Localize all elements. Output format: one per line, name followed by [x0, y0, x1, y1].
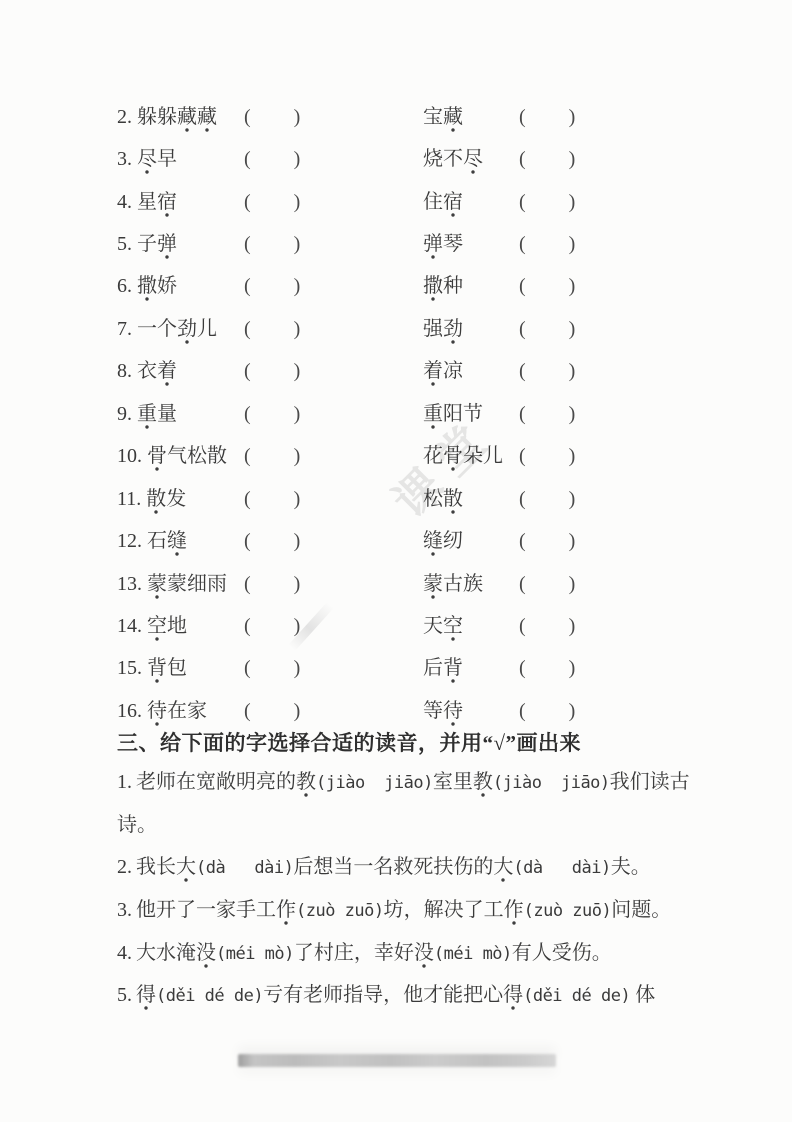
item-number: 5.: [117, 984, 132, 1006]
emphasized-char: 教: [473, 771, 493, 797]
emphasized-char: 空: [443, 615, 463, 641]
sentence-text: 亏有老师指导，他才能把心: [263, 984, 503, 1006]
item-number: 9.: [117, 403, 132, 425]
item-number: 3.: [117, 899, 132, 921]
word-text: 躲躲: [137, 106, 177, 128]
emphasized-char: 待: [147, 700, 167, 726]
word-pair-row: 7.一个劲儿 ( ) 强劲 ( ): [117, 305, 579, 347]
emphasized-char: 大: [176, 856, 196, 882]
pinyin-options: (zuò zuō): [296, 901, 384, 921]
sentence-text: 大水淹: [136, 942, 196, 964]
emphasized-char: 着: [157, 360, 177, 386]
left-word: 7.一个劲儿: [117, 312, 244, 341]
pinyin-options: (zuò zuō): [524, 901, 612, 921]
answer-blank: ( ): [244, 354, 304, 383]
sentence-line: 4.大水淹没(méi mò)了村庄，幸好没(méi mò)有人受伤。: [117, 939, 777, 982]
answer-blank: ( ): [519, 185, 579, 214]
right-word: 强劲: [423, 312, 519, 341]
sentence-text: 诗。: [117, 814, 157, 836]
pronunciation-sentences: 1.老师在宽敞明亮的教(jiào jiāo)室里教(jiào jiāo)我们读古…: [117, 768, 777, 1024]
item-number: 15.: [117, 657, 142, 679]
answer-blank: ( ): [519, 439, 579, 468]
emphasized-char: 散: [146, 488, 166, 514]
answer-blank: ( ): [519, 694, 579, 723]
sentence-text: 坊，解决了工: [384, 899, 504, 921]
right-word: 撒种: [423, 269, 519, 298]
item-number: 1.: [117, 771, 132, 793]
left-word: 16.待在家: [117, 694, 244, 723]
right-word: 烧不尽: [423, 142, 519, 171]
left-word: 4.星宿: [117, 185, 244, 214]
word-pair-row: 8.衣着 ( ) 着凉 ( ): [117, 348, 579, 390]
word-pair-row: 5.子弹 ( ) 弹琴 ( ): [117, 220, 579, 262]
emphasized-char: 得: [136, 984, 156, 1010]
left-word: 6.撒娇: [117, 269, 244, 298]
item-number: 13.: [117, 573, 142, 595]
answer-blank: ( ): [519, 524, 579, 553]
sentence-line: 5.得(děi dé de)亏有老师指导，他才能把心得(děi dé de) 体: [117, 981, 777, 1024]
right-word: 宝藏: [423, 100, 519, 129]
item-number: 11.: [117, 488, 141, 510]
word-pair-row: 6.撒娇 ( ) 撒种 ( ): [117, 263, 579, 305]
word-text: 琴: [443, 233, 463, 255]
item-number: 4.: [117, 191, 132, 213]
word-text: 衣: [137, 360, 157, 382]
emphasized-char: 着: [423, 360, 443, 386]
word-text: 纫: [443, 530, 463, 552]
word-text: 阳节: [443, 403, 483, 425]
answer-blank: ( ): [244, 439, 304, 468]
word-text: 天: [423, 615, 443, 637]
item-number: 7.: [117, 318, 132, 340]
answer-blank: ( ): [519, 567, 579, 596]
answer-blank: ( ): [244, 397, 304, 426]
emphasized-char: 蒙: [423, 573, 443, 599]
left-word: 9.重量: [117, 397, 244, 426]
answer-blank: ( ): [244, 185, 304, 214]
left-word: 8.衣着: [117, 354, 244, 383]
word-text: 住: [423, 191, 443, 213]
sentence-text: 老师在宽敞明亮的: [136, 771, 296, 793]
pinyin-options: (jiào jiāo): [316, 773, 433, 793]
word-text: 宝: [423, 106, 443, 128]
redacted-logo-bar: [238, 1054, 556, 1067]
right-word: 等待: [423, 694, 519, 723]
emphasized-char: 宿: [443, 191, 463, 217]
word-pair-row: 13.蒙蒙细雨 ( ) 蒙古族 ( ): [117, 560, 579, 602]
emphasized-char: 蒙: [147, 573, 167, 599]
word-text: 包: [167, 657, 187, 679]
sentence-text: 室里: [433, 771, 473, 793]
word-pair-row: 16.待在家 ( ) 等待 ( ): [117, 687, 579, 729]
emphasized-char: 撒: [137, 275, 157, 301]
right-word: 蒙古族: [423, 567, 519, 596]
answer-blank: ( ): [519, 142, 579, 171]
pinyin-options: (méi mò): [216, 944, 294, 964]
answer-blank: ( ): [244, 482, 304, 511]
item-number: 10.: [117, 445, 142, 467]
right-word: 重阳节: [423, 397, 519, 426]
answer-blank: ( ): [519, 651, 579, 680]
sentence-line: 1.老师在宽敞明亮的教(jiào jiāo)室里教(jiào jiāo)我们读古: [117, 768, 777, 811]
left-word: 15.背包: [117, 651, 244, 680]
word-text: 花: [423, 445, 443, 467]
sentence-line: 2.我长大(dà dài)后想当一名救死扶伤的大(dà dài)夫。: [117, 853, 777, 896]
sentence-line: 3.他开了一家手工作(zuò zuō)坊，解决了工作(zuò zuō)问题。: [117, 896, 777, 939]
word-pair-row: 3.尽早 ( ) 烧不尽 ( ): [117, 135, 579, 177]
word-pair-row: 12.石缝 ( ) 缝纫 ( ): [117, 517, 579, 559]
word-text: 在家: [167, 700, 207, 722]
emphasized-char: 藏: [443, 106, 463, 132]
word-text: 子: [137, 233, 157, 255]
word-text: 松: [423, 488, 443, 510]
right-word: 着凉: [423, 354, 519, 383]
item-number: 4.: [117, 942, 132, 964]
emphasized-char: 背: [443, 657, 463, 683]
right-word: 弹琴: [423, 227, 519, 256]
word-text: 等: [423, 700, 443, 722]
right-word: 花骨朵儿: [423, 439, 519, 468]
answer-blank: ( ): [519, 354, 579, 383]
left-word: 10.骨气松散: [117, 439, 244, 468]
word-pairs-section: 2.躲躲藏藏 ( ) 宝藏 ( ) 3.尽早 ( ) 烧不尽 ( ) 4.星宿 …: [117, 93, 579, 730]
left-word: 14.空地: [117, 609, 244, 638]
sentence-text: 有人受伤。: [512, 942, 612, 964]
emphasized-char: 撒: [423, 275, 443, 301]
answer-blank: ( ): [244, 651, 304, 680]
word-pair-row: 4.星宿 ( ) 住宿 ( ): [117, 178, 579, 220]
emphasized-char: 弹: [157, 233, 177, 259]
right-word: 天空: [423, 609, 519, 638]
sentence-text: 体: [630, 984, 655, 1006]
word-text: 烧不: [423, 148, 463, 170]
word-text: 朵儿: [463, 445, 503, 467]
left-word: 5.子弹: [117, 227, 244, 256]
emphasized-char: 散: [443, 488, 463, 514]
emphasized-char: 缝: [423, 530, 443, 556]
word-text: 凉: [443, 360, 463, 382]
word-text: 气松散: [167, 445, 227, 467]
emphasized-char: 背: [147, 657, 167, 683]
sentence-line: 诗。: [117, 811, 777, 854]
answer-blank: ( ): [519, 312, 579, 341]
left-word: 13.蒙蒙细雨: [117, 567, 244, 596]
word-text: 地: [167, 615, 187, 637]
worksheet-page: 课堂 2.躲躲藏藏 ( ) 宝藏 ( ) 3.尽早 ( ) 烧不尽 ( ) 4.…: [0, 0, 792, 1122]
word-text: 儿: [197, 318, 217, 340]
sentence-text: 我长: [136, 856, 176, 878]
word-text: 石: [147, 530, 167, 552]
word-text: 量: [157, 403, 177, 425]
word-text: 古族: [443, 573, 483, 595]
right-word: 松散: [423, 482, 519, 511]
emphasized-char: 劲: [177, 318, 197, 344]
right-word: 缝纫: [423, 524, 519, 553]
item-number: 2.: [117, 856, 132, 878]
right-word: 后背: [423, 651, 519, 680]
word-text: 蒙细雨: [167, 573, 227, 595]
word-text: 强: [423, 318, 443, 340]
item-number: 2.: [117, 106, 132, 128]
pinyin-options: (jiào jiāo): [493, 773, 610, 793]
word-text: 一个: [137, 318, 177, 340]
pinyin-options: (dà dài): [513, 858, 610, 878]
item-number: 6.: [117, 275, 132, 297]
emphasized-char: 没: [196, 942, 216, 968]
answer-blank: ( ): [244, 312, 304, 341]
left-word: 2.躲躲藏藏: [117, 100, 244, 129]
answer-blank: ( ): [519, 397, 579, 426]
word-pair-row: 11.散发 ( ) 松散 ( ): [117, 475, 579, 517]
item-number: 3.: [117, 148, 132, 170]
pinyin-options: (méi mò): [434, 944, 512, 964]
emphasized-char: 待: [443, 700, 463, 726]
emphasized-char: 骨: [443, 445, 463, 471]
emphasized-char: 作: [504, 899, 524, 925]
emphasized-char: 作: [276, 899, 296, 925]
item-number: 8.: [117, 360, 132, 382]
pinyin-options: (děi dé de): [156, 986, 263, 1006]
emphasized-char: 藏藏: [177, 106, 217, 132]
emphasized-char: 劲: [443, 318, 463, 344]
word-text: 后: [423, 657, 443, 679]
emphasized-char: 尽: [137, 148, 157, 174]
answer-blank: ( ): [519, 227, 579, 256]
pinyin-options: (děi dé de): [523, 986, 630, 1006]
word-pair-row: 10.骨气松散 ( ) 花骨朵儿 ( ): [117, 433, 579, 475]
sentence-text: 后想当一名救死扶伤的: [293, 856, 493, 878]
item-number: 14.: [117, 615, 142, 637]
emphasized-char: 弹: [423, 233, 443, 259]
left-word: 3.尽早: [117, 142, 244, 171]
emphasized-char: 骨: [147, 445, 167, 471]
answer-blank: ( ): [244, 524, 304, 553]
answer-blank: ( ): [519, 100, 579, 129]
emphasized-char: 尽: [463, 148, 483, 174]
emphasized-char: 教: [296, 771, 316, 797]
answer-blank: ( ): [519, 482, 579, 511]
word-text: 娇: [157, 275, 177, 297]
emphasized-char: 重: [137, 403, 157, 429]
section-three-heading: 三、给下面的字选择合适的读音，并用“√”画出来: [117, 727, 581, 757]
word-pair-row: 15.背包 ( ) 后背 ( ): [117, 645, 579, 687]
sentence-text: 他开了一家手工: [136, 899, 276, 921]
sentence-text: 了村庄，幸好: [294, 942, 414, 964]
word-text: 星: [137, 191, 157, 213]
item-number: 12.: [117, 530, 142, 552]
answer-blank: ( ): [244, 100, 304, 129]
pinyin-options: (dà dài): [196, 858, 293, 878]
answer-blank: ( ): [519, 269, 579, 298]
answer-blank: ( ): [244, 609, 304, 638]
word-pair-row: 9.重量 ( ) 重阳节 ( ): [117, 390, 579, 432]
answer-blank: ( ): [519, 609, 579, 638]
emphasized-char: 缝: [167, 530, 187, 556]
word-pair-row: 2.躲躲藏藏 ( ) 宝藏 ( ): [117, 93, 579, 135]
answer-blank: ( ): [244, 269, 304, 298]
item-number: 5.: [117, 233, 132, 255]
item-number: 16.: [117, 700, 142, 722]
emphasized-char: 空: [147, 615, 167, 641]
sentence-text: 问题。: [611, 899, 671, 921]
word-text: 发: [166, 488, 186, 510]
emphasized-char: 宿: [157, 191, 177, 217]
sentence-text: 我们读古: [610, 771, 690, 793]
right-word: 住宿: [423, 185, 519, 214]
answer-blank: ( ): [244, 227, 304, 256]
emphasized-char: 大: [493, 856, 513, 882]
word-text: 早: [157, 148, 177, 170]
word-text: 种: [443, 275, 463, 297]
emphasized-char: 重: [423, 403, 443, 429]
emphasized-char: 没: [414, 942, 434, 968]
emphasized-char: 得: [503, 984, 523, 1010]
answer-blank: ( ): [244, 567, 304, 596]
left-word: 12.石缝: [117, 524, 244, 553]
left-word: 11.散发: [117, 482, 244, 511]
answer-blank: ( ): [244, 142, 304, 171]
answer-blank: ( ): [244, 694, 304, 723]
word-pair-row: 14.空地 ( ) 天空 ( ): [117, 602, 579, 644]
sentence-text: 夫。: [611, 856, 651, 878]
